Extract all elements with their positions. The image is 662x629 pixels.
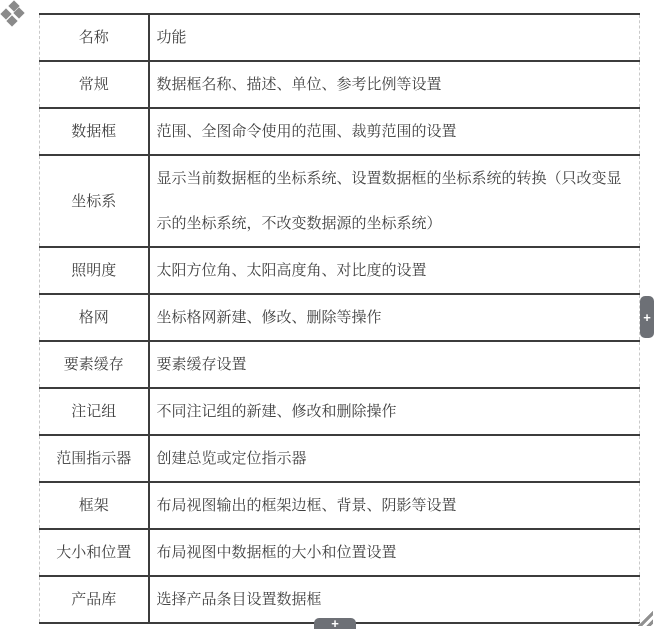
row-desc-cell: 显示当前数据框的坐标系统、设置数据框的坐标系统的转换（只改变显示的坐标系统，不改… <box>149 155 640 247</box>
row-desc-cell: 不同注记组的新建、修改和删除操作 <box>149 388 640 435</box>
row-name-cell: 数据框 <box>40 108 149 155</box>
table-row: 照明度 太阳方位角、太阳高度角、对比度的设置 <box>40 247 640 294</box>
plus-icon: + <box>331 618 339 629</box>
row-desc-cell: 选择产品条目设置数据框 <box>149 576 640 623</box>
table-row: 注记组 不同注记组的新建、修改和删除操作 <box>40 388 640 435</box>
row-desc-cell: 布局视图中数据框的大小和位置设置 <box>149 529 640 576</box>
row-desc-cell: 坐标格网新建、修改、删除等操作 <box>149 294 640 341</box>
table-row: 范围指示器 创建总览或定位指示器 <box>40 435 640 482</box>
table-row: 坐标系 显示当前数据框的坐标系统、设置数据框的坐标系统的转换（只改变显示的坐标系… <box>40 155 640 247</box>
row-desc-cell: 太阳方位角、太阳高度角、对比度的设置 <box>149 247 640 294</box>
table-row: 框架 布局视图输出的框架边框、背景、阴影等设置 <box>40 482 640 529</box>
row-name-cell: 范围指示器 <box>40 435 149 482</box>
plus-icon: + <box>643 311 651 324</box>
row-name-cell: 照明度 <box>40 247 149 294</box>
add-column-button[interactable]: + <box>640 296 654 338</box>
table-row: 要素缓存 要素缓存设置 <box>40 341 640 388</box>
row-name-cell: 格网 <box>40 294 149 341</box>
row-desc-cell: 范围、全图命令使用的范围、裁剪范围的设置 <box>149 108 640 155</box>
row-name-cell: 框架 <box>40 482 149 529</box>
table-row: 大小和位置 布局视图中数据框的大小和位置设置 <box>40 529 640 576</box>
row-name-cell: 产品库 <box>40 576 149 623</box>
row-name-cell: 大小和位置 <box>40 529 149 576</box>
row-desc-cell: 要素缓存设置 <box>149 341 640 388</box>
row-desc-cell: 创建总览或定位指示器 <box>149 435 640 482</box>
row-desc-cell: 布局视图输出的框架边框、背景、阴影等设置 <box>149 482 640 529</box>
row-desc-cell: 数据框名称、描述、单位、参考比例等设置 <box>149 61 640 108</box>
table-move-anchor-icon[interactable] <box>1 1 27 27</box>
row-name-cell: 常规 <box>40 61 149 108</box>
row-name-cell: 要素缓存 <box>40 341 149 388</box>
header-desc-cell: 功能 <box>149 14 640 61</box>
table-row: 格网 坐标格网新建、修改、删除等操作 <box>40 294 640 341</box>
document-canvas: 名称 功能 常规 数据框名称、描述、单位、参考比例等设置 数据框 范围、全图命令… <box>0 0 662 629</box>
header-name-cell: 名称 <box>40 14 149 61</box>
table-row: 产品库 选择产品条目设置数据框 <box>40 576 640 623</box>
row-name-cell: 注记组 <box>40 388 149 435</box>
table-header-row: 名称 功能 <box>40 14 640 61</box>
properties-table: 名称 功能 常规 数据框名称、描述、单位、参考比例等设置 数据框 范围、全图命令… <box>39 13 640 624</box>
row-name-cell: 坐标系 <box>40 155 149 247</box>
table-row: 常规 数据框名称、描述、单位、参考比例等设置 <box>40 61 640 108</box>
table-row: 数据框 范围、全图命令使用的范围、裁剪范围的设置 <box>40 108 640 155</box>
add-row-button[interactable]: + <box>314 618 356 629</box>
